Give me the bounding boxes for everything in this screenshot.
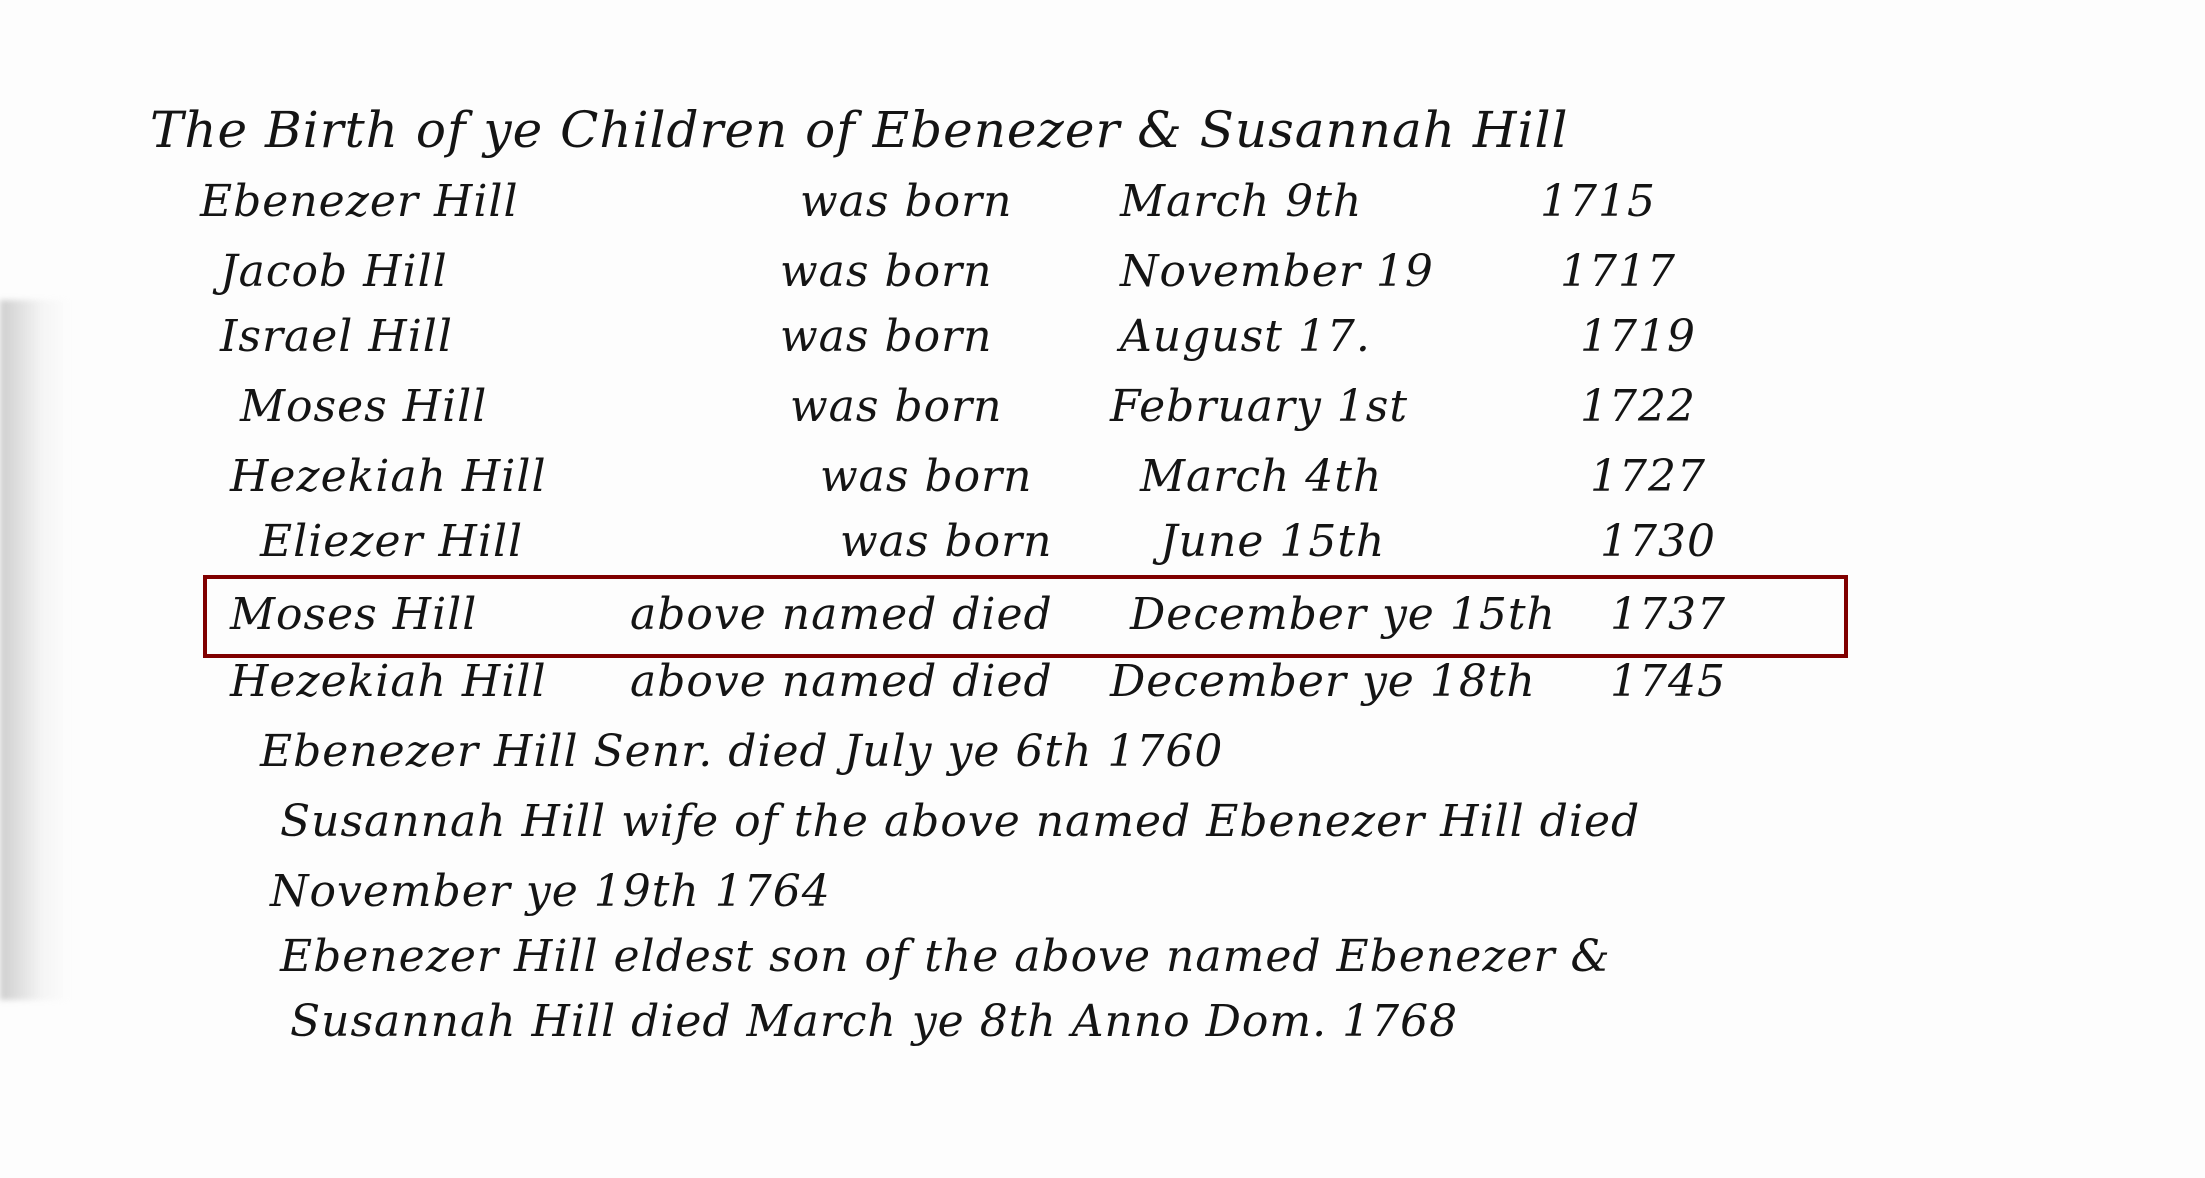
entry-event: was born xyxy=(780,315,993,359)
entry-name: Moses Hill xyxy=(240,385,487,429)
record-line: Ebenezer Hill eldest son of the above na… xyxy=(280,935,1611,979)
entry-name: Jacob Hill xyxy=(220,250,448,294)
entry-date: December ye 18th xyxy=(1110,660,1536,704)
entry-year: 1722 xyxy=(1580,385,1696,429)
page-edge-stain xyxy=(0,300,70,1000)
entry-name: Hezekiah Hill xyxy=(230,455,547,499)
record-line: November ye 19th 1764 xyxy=(270,870,831,914)
record-line: Ebenezer Hill Senr. died July ye 6th 176… xyxy=(260,730,1223,774)
entry-name: Moses Hill xyxy=(230,593,477,637)
entry-year: 1730 xyxy=(1600,520,1716,564)
entry-event: was born xyxy=(820,455,1033,499)
entry-event: above named died xyxy=(630,660,1053,704)
entry-date: June 15th xyxy=(1160,520,1385,564)
entry-date: November 19 xyxy=(1120,250,1434,294)
entry-year: 1715 xyxy=(1540,180,1656,224)
entry-year: 1727 xyxy=(1590,455,1706,499)
entry-date: March 9th xyxy=(1120,180,1362,224)
entry-event: above named died xyxy=(630,593,1053,637)
entry-event: was born xyxy=(790,385,1003,429)
document-title: The Birth of ye Children of Ebenezer & S… xyxy=(150,105,1568,155)
entry-event: was born xyxy=(800,180,1013,224)
entry-date: February 1st xyxy=(1110,385,1408,429)
entry-date: March 4th xyxy=(1140,455,1382,499)
entry-year: 1717 xyxy=(1560,250,1676,294)
entry-name: Hezekiah Hill xyxy=(230,660,547,704)
entry-event: was born xyxy=(840,520,1053,564)
entry-year: 1745 xyxy=(1610,660,1726,704)
entry-year: 1719 xyxy=(1580,315,1696,359)
entry-date: December ye 15th xyxy=(1130,593,1556,637)
entry-date: August 17. xyxy=(1120,315,1371,359)
record-line: Susannah Hill died March ye 8th Anno Dom… xyxy=(290,1000,1458,1044)
entry-event: was born xyxy=(780,250,993,294)
entry-name: Ebenezer Hill xyxy=(200,180,519,224)
entry-year: 1737 xyxy=(1610,593,1726,637)
entry-name: Eliezer Hill xyxy=(260,520,523,564)
document-page: The Birth of ye Children of Ebenezer & S… xyxy=(0,0,2205,1178)
entry-name: Israel Hill xyxy=(220,315,453,359)
record-line: Susannah Hill wife of the above named Eb… xyxy=(280,800,1640,844)
